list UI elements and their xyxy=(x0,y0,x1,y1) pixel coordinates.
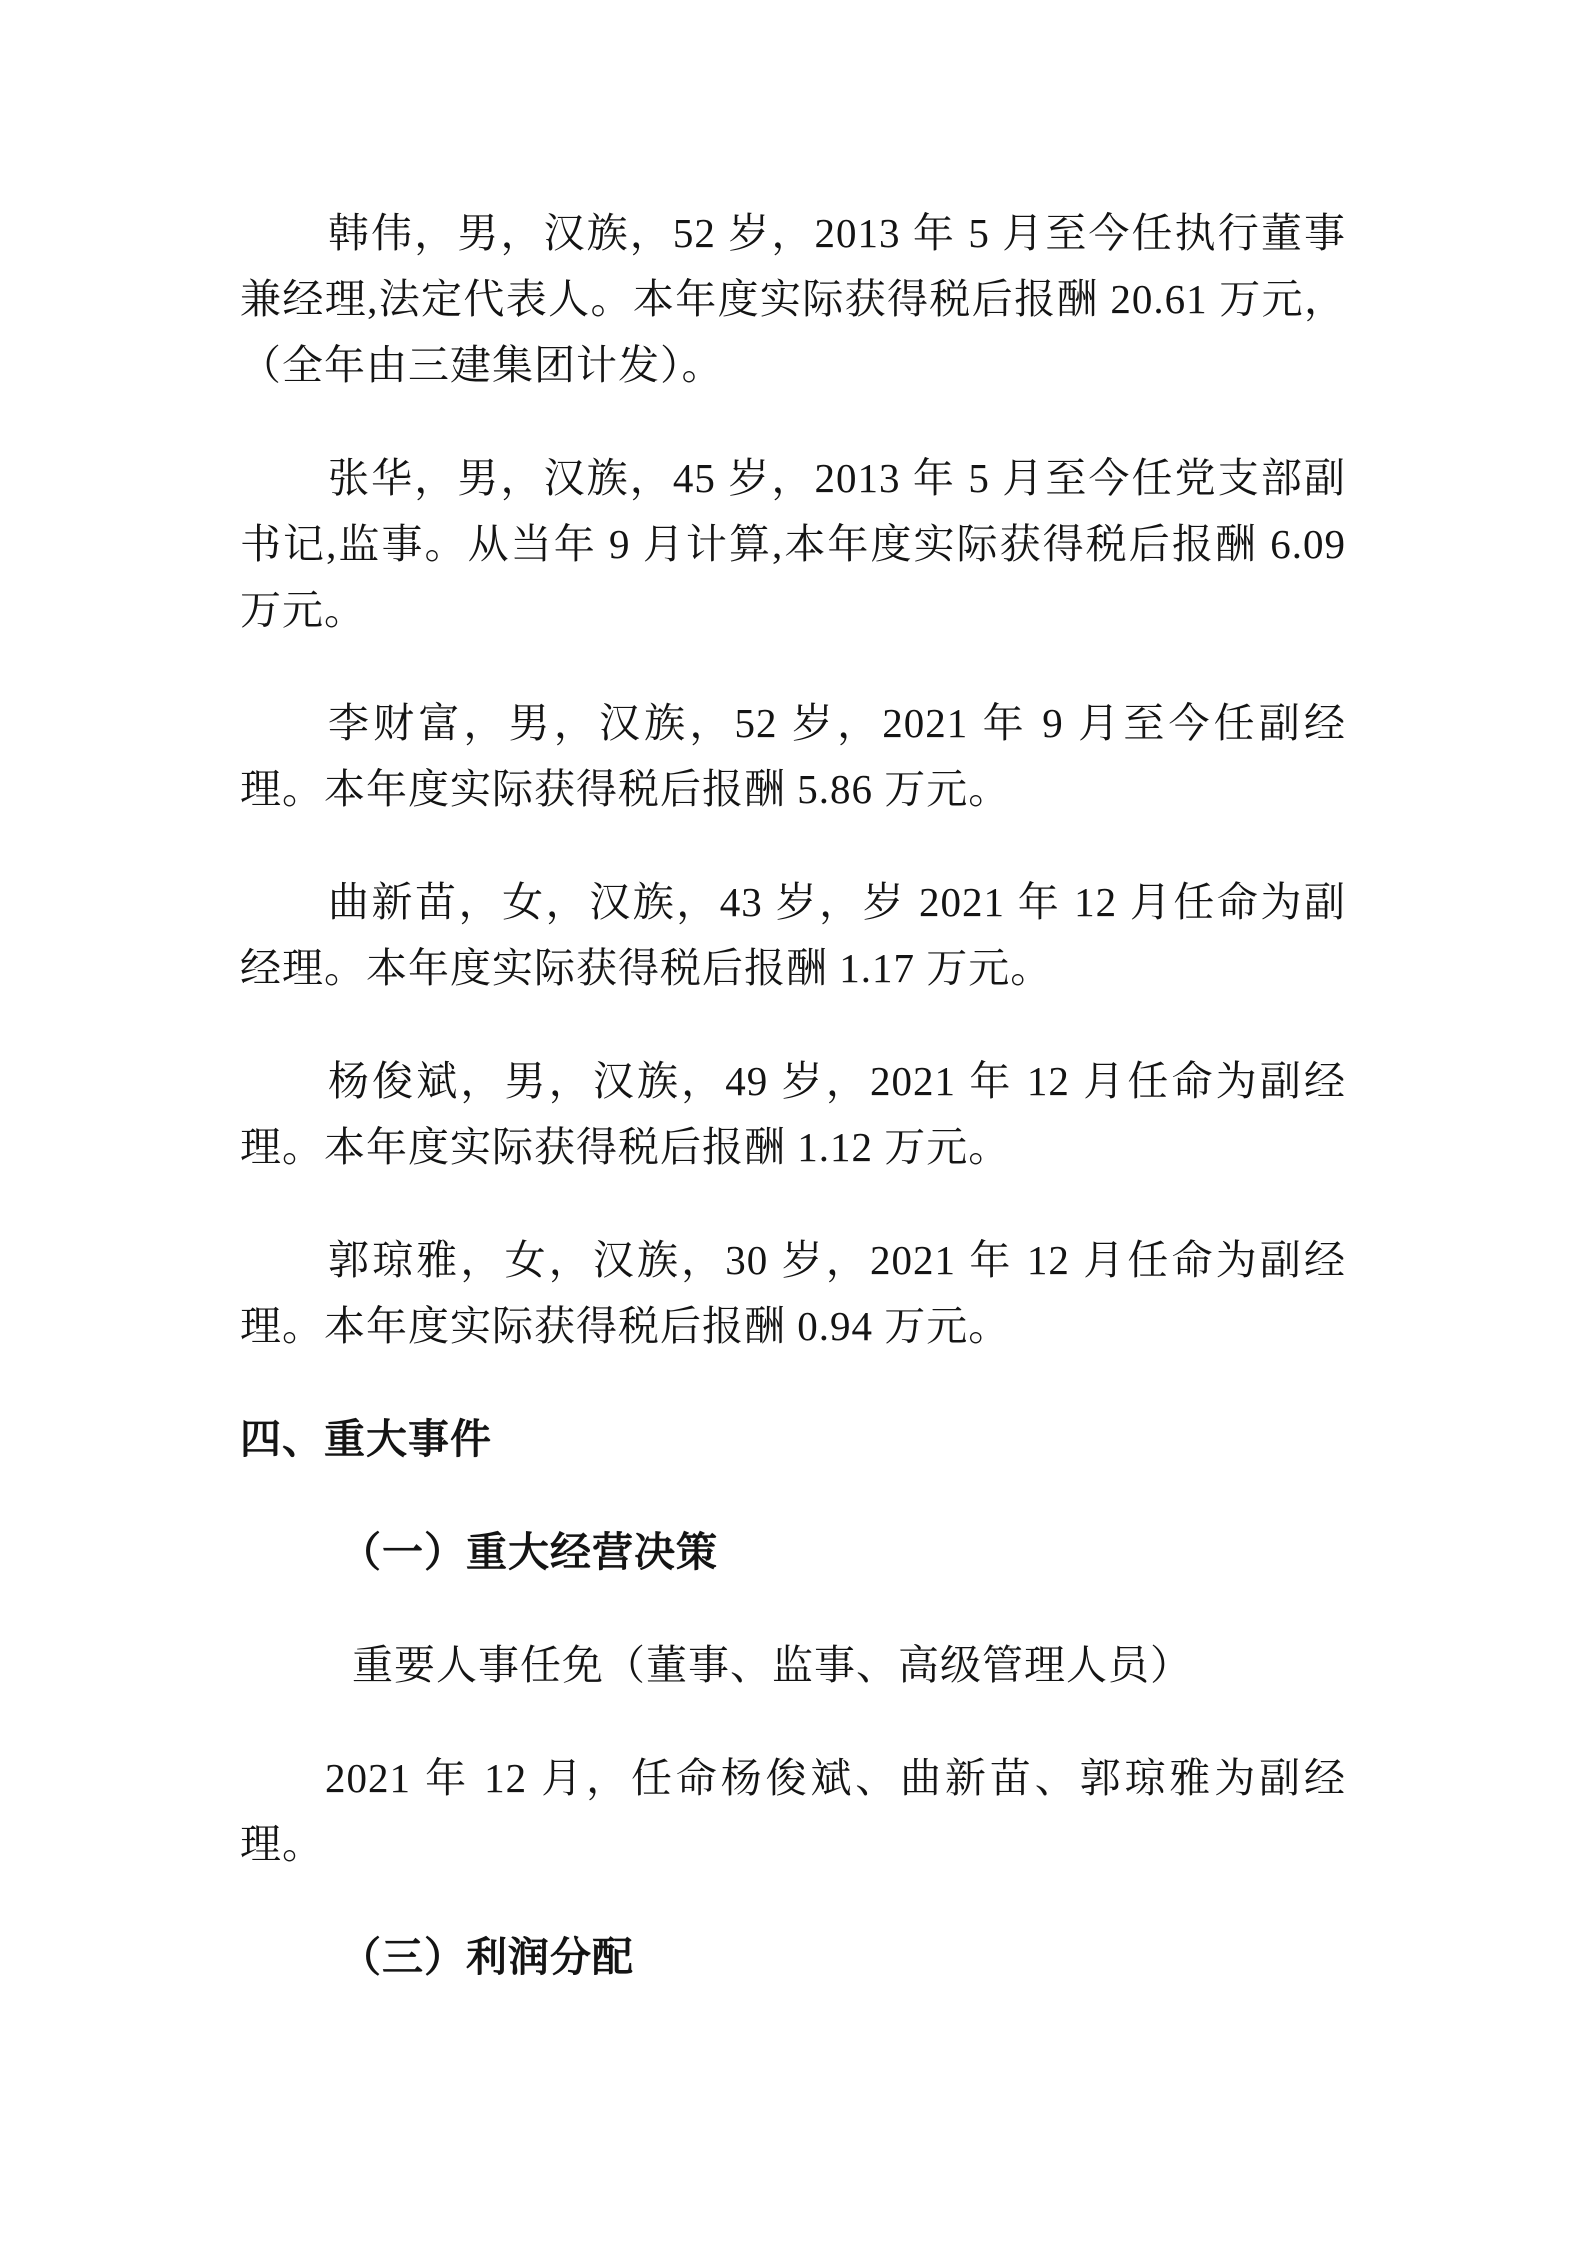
subsection-heading-profit-distribution: （三）利润分配 xyxy=(240,1924,1346,1990)
paragraph-yang-junbin: 杨俊斌，男，汉族，49 岁，2021 年 12 月任命为副经理。本年度实际获得税… xyxy=(240,1048,1346,1180)
subsection-heading-business-decisions: （一）重大经营决策 xyxy=(240,1519,1346,1585)
paragraph-zhang-hua: 张华，男，汉族，45 岁，2013 年 5 月至今任党支部副书记,监事。从当年 … xyxy=(240,445,1346,643)
paragraph-han-wei: 韩伟，男，汉族，52 岁，2013 年 5 月至今任执行董事兼经理,法定代表人。… xyxy=(240,200,1346,398)
document-content: 韩伟，男，汉族，52 岁，2013 年 5 月至今任执行董事兼经理,法定代表人。… xyxy=(240,200,1346,2037)
paragraph-qu-xinmiao: 曲新苗，女，汉族，43 岁，岁 2021 年 12 月任命为副经理。本年度实际获… xyxy=(240,869,1346,1001)
paragraph-guo-qiongya: 郭琼雅，女，汉族，30 岁，2021 年 12 月任命为副经理。本年度实际获得税… xyxy=(240,1227,1346,1359)
line-appointment-2021-12: 2021 年 12 月，任命杨俊斌、曲新苗、郭琼雅为副经理。 xyxy=(240,1745,1346,1877)
line-personnel-appointments: 重要人事任免（董事、监事、高级管理人员） xyxy=(240,1632,1346,1698)
document-page: 韩伟，男，汉族，52 岁，2013 年 5 月至今任执行董事兼经理,法定代表人。… xyxy=(0,0,1587,2245)
paragraph-li-caifu: 李财富，男，汉族，52 岁，2021 年 9 月至今任副经理。本年度实际获得税后… xyxy=(240,690,1346,822)
section-heading-major-events: 四、重大事件 xyxy=(240,1406,1346,1472)
